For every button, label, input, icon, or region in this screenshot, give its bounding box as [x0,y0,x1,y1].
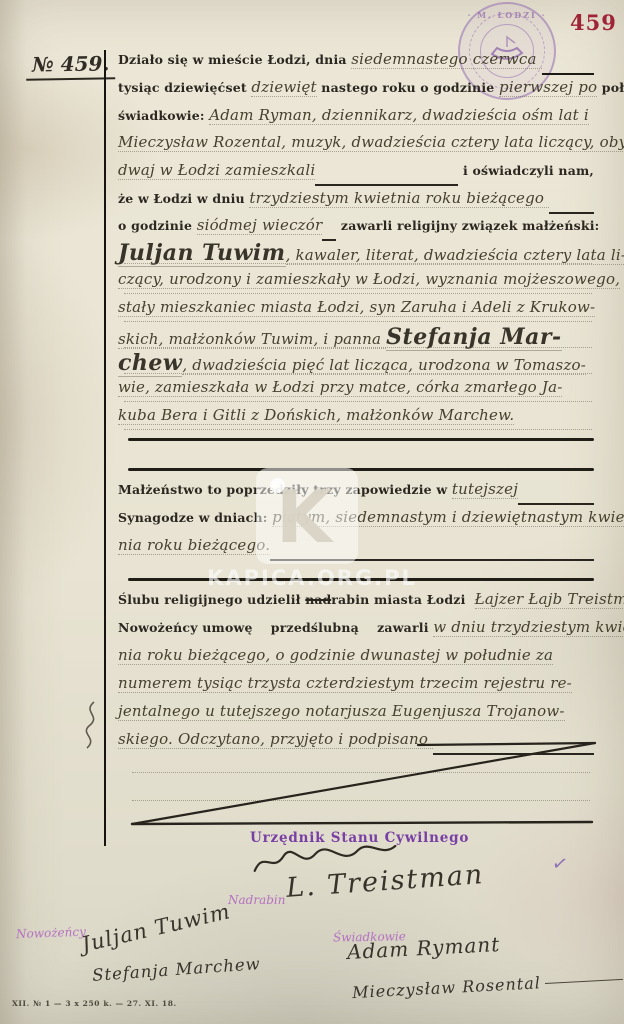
text-line: Nowożeńcy umowę przedślubną zawarli w dn… [118,618,594,643]
handwritten-entry: Mieczysław Rozental, muzyk, dwadzieścia … [118,133,624,152]
handwritten-entry: dwaj w Łodzi zamieszkali [118,161,315,180]
archive-watermark-logo: K [256,468,358,564]
text-line: o godzinie siódmej wieczór zawarli relig… [118,216,594,241]
handwritten-name: Juljan Tuwim [118,240,286,267]
printed-text: nastego roku o godzinie [317,80,499,95]
bride-signature: Stefanja Marchew [92,954,262,985]
text-line: świadkowie: Adam Ryman, dziennikarz, dwa… [118,106,594,131]
handwritten-entry: kuba Bera i Gitli z Dońskich, małżonków … [118,406,514,425]
text-line: czący, urodzony i zamieszkały w Łodzi, w… [118,270,594,295]
witness2-signature: Mieczysław Rosental [352,969,623,1002]
text-line: jentalnego u tutejszego notarjusza Eugen… [118,702,594,727]
handwritten-entry: wie, zamieszkała w Łodzi przy matce, cór… [118,378,562,397]
text-line: chew, dwadzieścia pięć lat licząca, urod… [118,350,594,375]
text-line: że w Łodzi w dniu trzydziestym kwietnia … [118,189,594,214]
handwritten-entry: skich, małżonków Tuwim, i panna [118,330,386,349]
text-line: kuba Bera i Gitli z Dońskich, małżonków … [118,406,594,431]
blank-fill-line [518,489,594,505]
text-line: dwaj w Łodzi zamieszkali i oświadczyli n… [118,161,594,186]
section-divider [128,468,594,471]
blank-space-strikeout [118,735,598,831]
handwritten-entry: siedemnastego czerwca [351,50,541,69]
handwritten-entry: siódmej wieczór [197,216,323,235]
handwritten-entry: jentalnego u tutejszego notarjusza Eugen… [118,702,565,721]
blank-fill-line [542,59,594,75]
check-mark: ✓ [550,852,570,876]
printed-text: Synagodze w dniach: [118,510,272,525]
blank-fill-line [315,170,458,186]
handwritten-entry: numerem tysiąc trzysta czterdziestym trz… [118,674,572,693]
printed-text: tysiąc dziewięćset [118,80,251,95]
printer-imprint: XII. № 1 — 3 x 250 k. — 27. XI. 18. [12,999,177,1008]
margin-pen-mark [80,698,106,752]
printed-text: Ślubu religijnego udzielił [118,592,305,607]
page-number: 459 [570,10,617,35]
printed-text: rabin miasta Łodzi [331,592,474,607]
handwritten-entry: tutejszej [452,480,518,499]
printed-text: Nowożeńcy umowę przedślubną zawarli [118,620,433,635]
handwritten-entry: trzydziestym kwietnia roku bieżącego [249,189,549,208]
blank-fill-line [549,198,594,214]
printed-text: południu. Stawili się [597,80,624,95]
text-line: Działo się w mieście Łodzi, dnia siedemn… [118,50,594,75]
handwritten-entry: w dniu trzydziestym kwiet- [433,618,624,637]
archive-watermark-text: KAPICA.ORG.PL [0,566,624,590]
text-line: nia roku bieżącego, o godzinie dwunastej… [118,646,594,671]
handwritten-entry: , kawaler, literat, dwadzieścia cztery l… [286,246,624,265]
text-line: Ślubu religijnego udzielił nadrabin mias… [118,590,594,615]
watermark-letter: K [276,474,332,560]
section-divider [128,438,594,441]
printed-text: i oświadczyli nam, [458,163,594,178]
printed-text: że w Łodzi w dniu [118,191,249,206]
act-number: № 459. [26,51,116,81]
handwritten-entry: , dwadzieścia pięć lat licząca, urodzona… [182,356,586,375]
handwritten-entry: pierwszej po [499,78,597,97]
handwritten-entry: stały mieszkaniec miasta Łodzi, syn Zaru… [118,298,595,317]
text-line: tysiąc dziewięćset dziewięt nastego roku… [118,78,594,103]
text-line: skich, małżonków Tuwim, i panna Stefanja… [118,324,594,349]
printed-text: Działo się w mieście Łodzi, dnia [118,52,351,67]
printed-text: o godzinie [118,218,197,233]
text-line: wie, zamieszkała w Łodzi przy matce, cór… [118,378,594,403]
text-line: stały mieszkaniec miasta Łodzi, syn Zaru… [118,298,594,323]
printed-text-struck: nad [305,592,331,607]
handwritten-name: chew [118,350,182,377]
handwritten-entry: dziewięt [251,78,316,97]
text-line: Juljan Tuwim, kawaler, literat, dwadzieś… [118,240,594,265]
handwritten-entry: nia roku bieżącego. [118,536,270,555]
text-line: numerem tysiąc trzysta czterdziestym trz… [118,674,594,699]
document-page: 459 № 459. · M. ŁODZI · Działo się w mie… [0,0,624,1024]
handwritten-name: Stefanja Mar- [386,324,561,351]
handwritten-entry: Łajzer Łajb Treistman [475,590,624,609]
handwritten-entry: czący, urodzony i zamieszkały w Łodzi, w… [118,270,620,289]
printed-text: świadkowie: [118,108,209,123]
printed-text: zawarli religijny związek małżeński: [336,218,599,233]
handwritten-entry: Adam Ryman, dziennikarz, dwadzieścia ośm… [209,106,589,125]
handwritten-entry: nia roku bieżącego, o godzinie dwunastej… [118,646,553,665]
rabbi-stamp: Nadrabin [228,893,285,907]
blank-fill-line [322,225,336,241]
newlyweds-stamp: Nowożeńcy [16,925,86,941]
groom-signature: Juljan Tuwim [79,899,233,957]
text-line: Mieczysław Rozental, muzyk, dwadzieścia … [118,133,594,158]
